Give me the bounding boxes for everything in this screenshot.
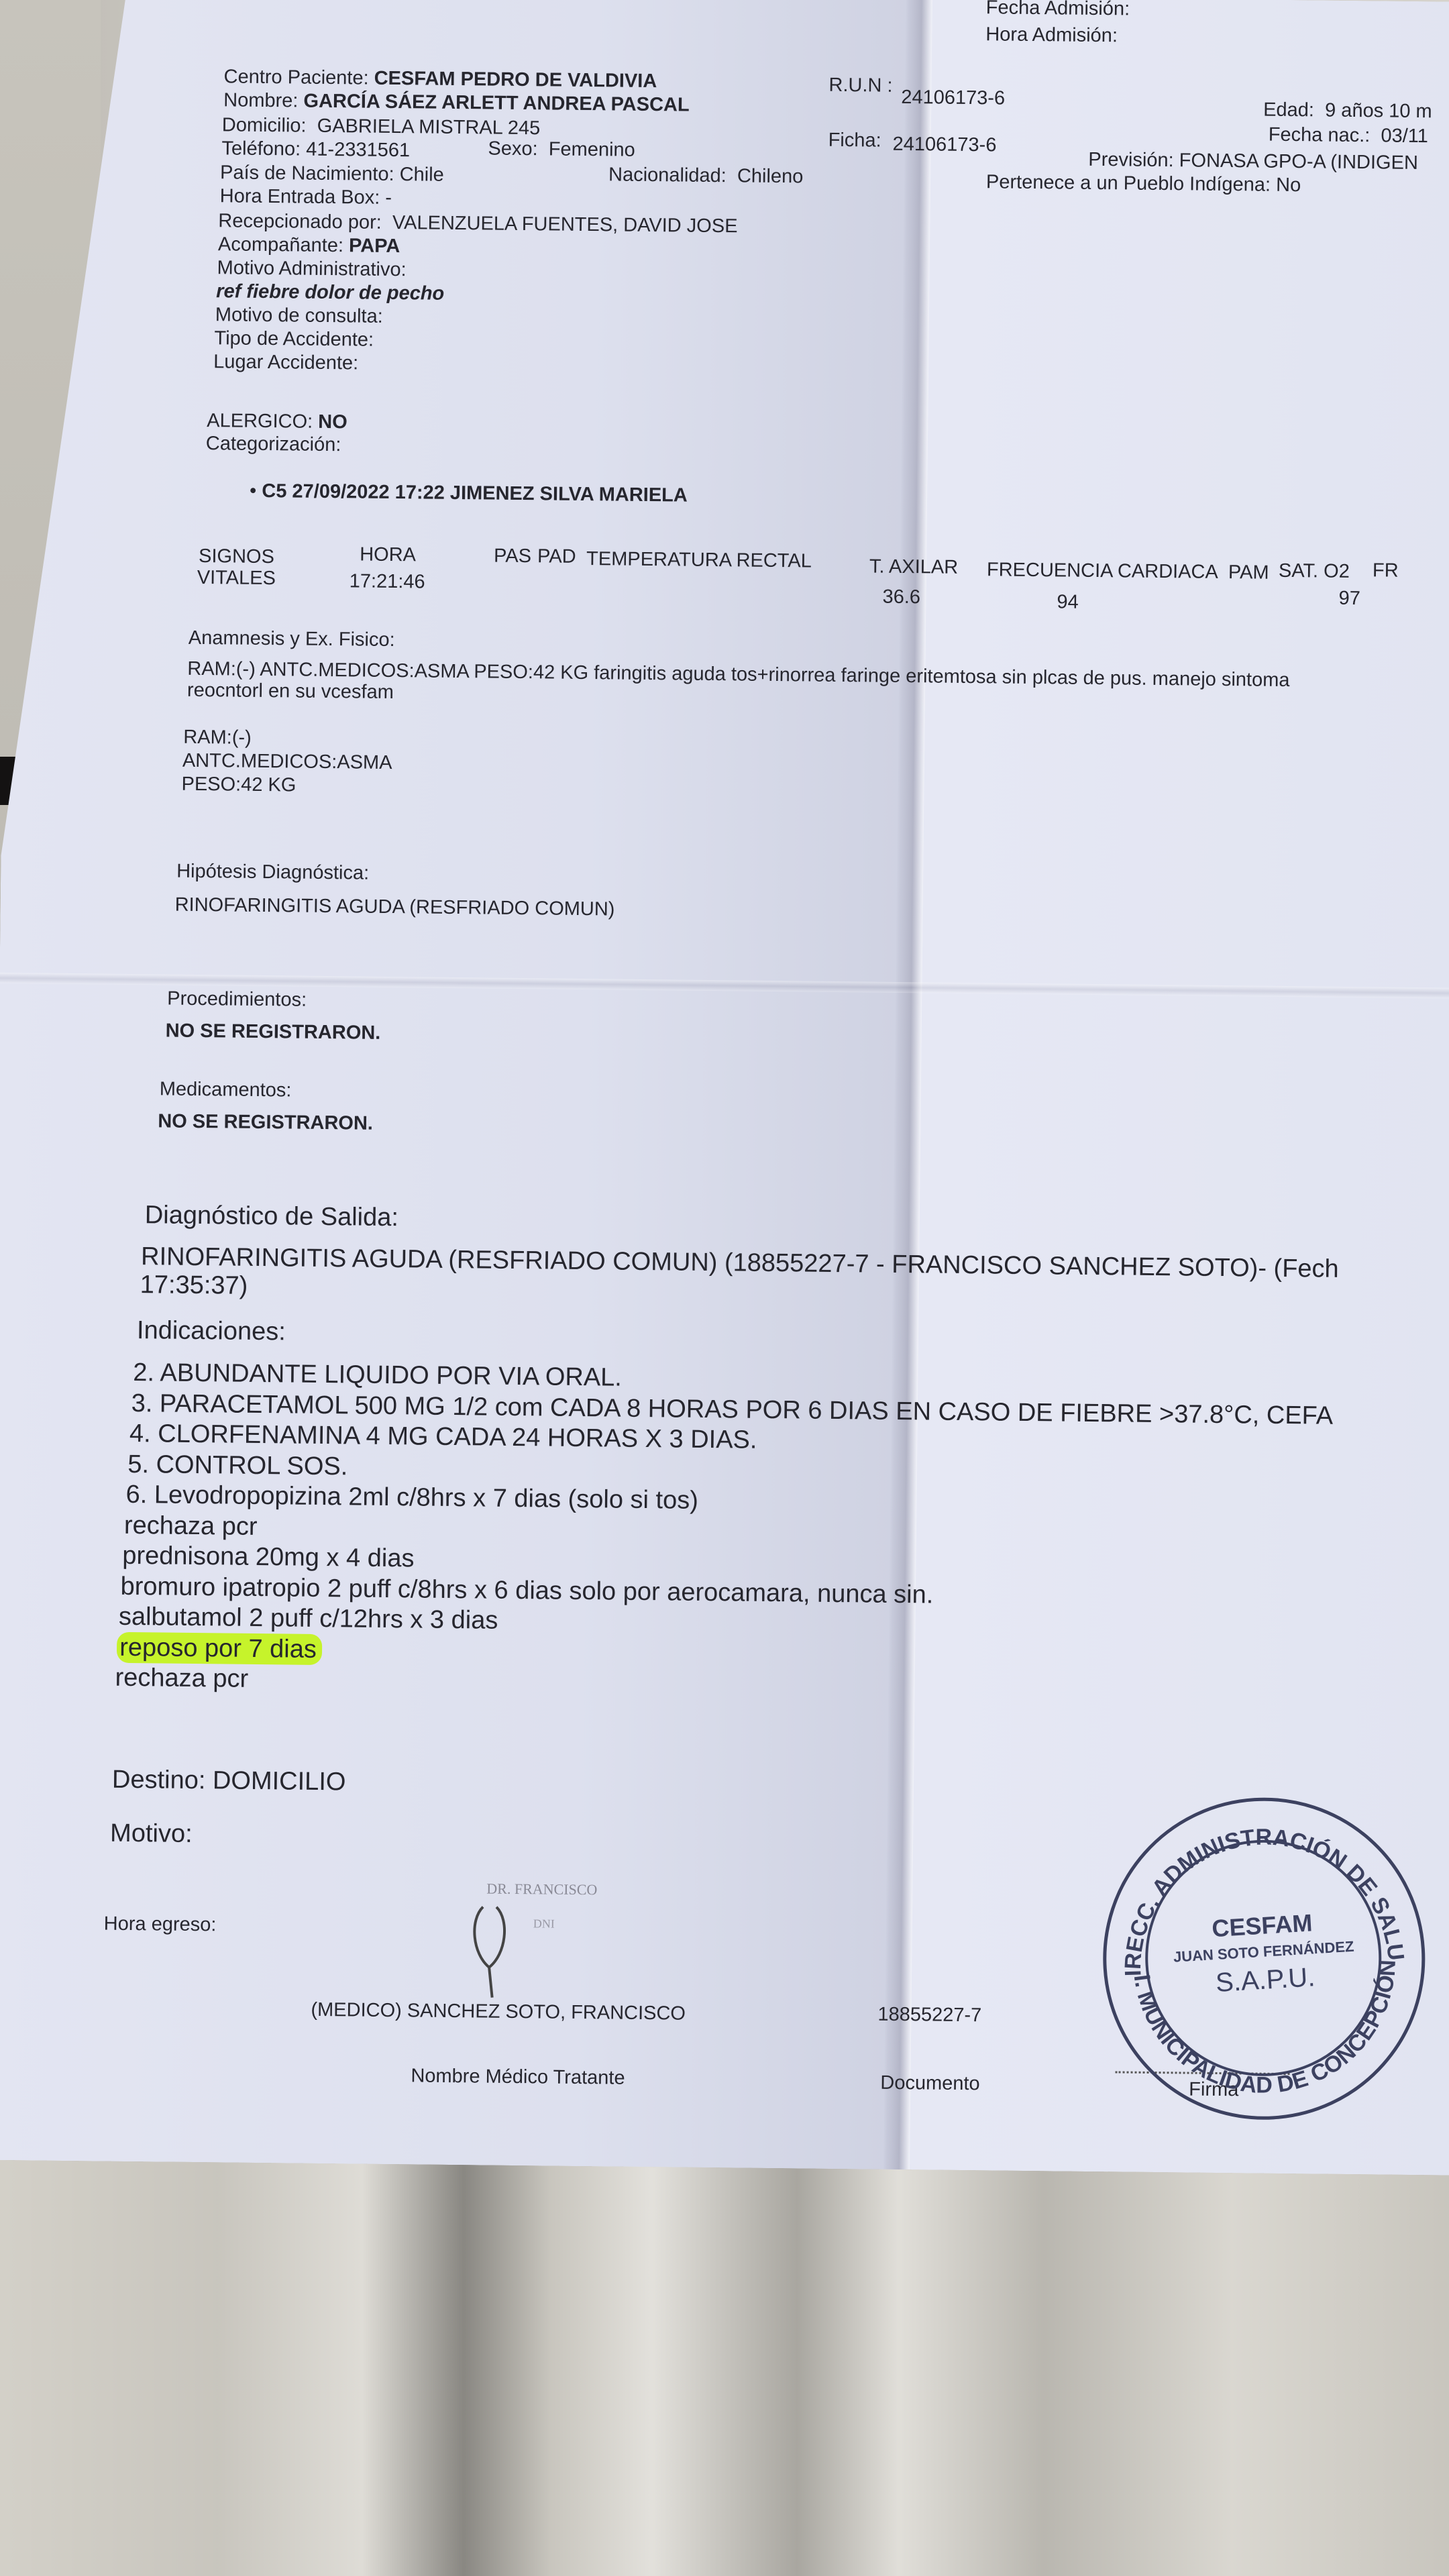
run-value: 24106173-6 [901,87,1005,110]
indicacion-item: 2. ABUNDANTE LIQUIDO POR VIA ORAL. [133,1358,622,1393]
vitals-header-frecuencia-cardiaca: FRECUENCIA CARDIACA [987,559,1218,584]
run-label: R.U.N : [828,74,892,97]
medico-tratante-name: (MEDICO) SANCHEZ SOTO, FRANCISCO [311,1999,686,2025]
vitals-header-fr: FR [1373,559,1399,582]
pueblo-indigena: Pertenece a un Pueblo Indígena: No [986,171,1301,197]
diagnostico-salida-line-1: RINOFARINGITIS AGUDA (RESFRIADO COMUN) (… [141,1242,1339,1284]
nombre-paciente: Nombre: GARCÍA SÁEZ ARLETT ANDREA PASCAL [223,89,690,117]
vitals-header-t-axilar: T. AXILAR [869,555,959,579]
vitals-header-pam: PAM [1228,561,1269,584]
vitals-sat-o2-value: 97 [1338,588,1360,610]
vitals-row-label-1: SIGNOS [199,545,274,569]
hipotesis-value: RINOFARINGITIS AGUDA (RESFRIADO COMUN) [174,894,614,921]
svg-text:DNI: DNI [533,1917,555,1930]
indicacion-item: prednisona 20mg x 4 dias [122,1542,415,1574]
vitals-header-temp-rectal: TEMPERATURA RECTAL [586,548,812,573]
hora-egreso-label: Hora egreso: [104,1913,217,1937]
diagnostico-salida-label: Diagnóstico de Salida: [145,1201,399,1233]
hipotesis-label: Hipótesis Diagnóstica: [176,861,369,885]
highlighted-text: reposo por 7 dias [117,1631,322,1664]
medicamentos-label: Medicamentos: [160,1078,292,1102]
antecedentes-medicos: ANTC.MEDICOS:ASMA [182,750,392,775]
procedimientos-value: NO SE REGISTRARON. [166,1020,381,1045]
ficha-label: Ficha: [828,129,881,152]
indicacion-item: reposo por 7 dias [117,1633,322,1664]
ficha-value: 24106173-6 [892,133,996,157]
medical-document-sheet: Fecha Admisión: Hora Admisión: Centro Pa… [0,0,1449,2176]
nombre-medico-caption: Nombre Médico Tratante [411,2065,625,2090]
centro-paciente: Centro Paciente: CESFAM PEDRO DE VALDIVI… [223,66,657,93]
diagnostico-salida-line-2: 17:35:37) [140,1271,248,1301]
official-stamp: DIRECC. ADMINISTRACIÓN DE SALUD I. MUNIC… [1094,1788,1435,2129]
motivo-consulta-label: Motivo de consulta: [215,304,383,328]
vitals-header-pas: PAS [494,545,531,568]
vitals-header-sat-o2: SAT. O2 [1279,560,1350,583]
tipo-accidente-label: Tipo de Accidente: [214,327,374,352]
indicaciones-label: Indicaciones: [137,1316,286,1347]
domicilio: Domicilio: GABRIELA MISTRAL 245 [222,114,541,140]
vitals-header-pad: PAD [537,545,576,568]
indicacion-item: rechaza pcr [124,1511,258,1542]
procedimientos-label: Procedimientos: [167,988,307,1012]
categorizacion-item: • C5 27/09/2022 17:22 JIMENEZ SILVA MARI… [250,480,688,507]
nacionalidad: Nacionalidad: Chileno [608,164,804,188]
ram: RAM:(-) [183,727,252,749]
indicacion-item: 4. CLORFENAMINA 4 MG CADA 24 HORAS X 3 D… [129,1419,757,1455]
indicaciones-list: 2. ABUNDANTE LIQUIDO POR VIA ORAL.3. PAR… [10,0,1449,2]
nombre-paciente-value: GARCÍA SÁEZ ARLETT ANDREA PASCAL [303,91,689,116]
hora-entrada-box: Hora Entrada Box: - [220,185,392,209]
motivo-administrativo-value: ref fiebre dolor de pecho [216,280,444,305]
medico-tratante-documento: 18855227-7 [877,2004,981,2027]
indicacion-item: rechaza pcr [115,1664,248,1695]
vitals-frecuencia-cardiaca-value: 94 [1057,591,1079,614]
destino: Destino: DOMICILIO [112,1766,346,1797]
categorizacion-label: Categorización: [206,433,341,456]
lugar-accidente-label: Lugar Accidente: [213,351,358,375]
fabric-background-bottom [0,2113,1449,2576]
peso: PESO:42 KG [181,773,296,797]
anamnesis-line-2: reocntorl en su vcesfam [187,680,394,704]
edad: Edad: 9 años 10 m [1263,99,1432,123]
anamnesis-label: Anamnesis y Ex. Fisico: [189,627,395,652]
acompanante: Acompañante: PAPA [218,233,400,258]
motivo-label: Motivo: [110,1819,193,1849]
prevision: Previsión: FONASA GPO-A (INDIGEN [1088,149,1418,174]
fecha-nacimiento: Fecha nac.: 03/11 [1269,124,1428,148]
sexo: Sexo: Femenino [488,138,635,162]
telefono: Teléfono: 41-2331561 [221,138,410,162]
medicamentos-value: NO SE REGISTRARON. [158,1110,373,1135]
centro-paciente-value: CESFAM PEDRO DE VALDIVIA [374,68,657,92]
indicacion-item: salbutamol 2 puff c/12hrs x 3 dias [119,1603,498,1636]
alergico: ALERGICO: NO [207,410,347,434]
svg-text:DR. FRANCISCO: DR. FRANCISCO [486,1880,597,1898]
fecha-admision-label: Fecha Admisión: [986,0,1130,21]
paper-fold-vertical [883,0,932,2169]
vitals-hora-value: 17:21:46 [350,570,425,594]
indicacion-item: 6. Levodropopizina 2ml c/8hrs x 7 dias (… [125,1481,698,1516]
vitals-header-hora: HORA [360,544,416,567]
pais-nacimiento: País de Nacimiento: Chile [220,162,444,186]
motivo-administrativo-label: Motivo Administrativo: [217,257,406,281]
documento-caption: Documento [880,2072,980,2096]
vitals-row-label-2: VITALES [197,567,276,590]
vitals-t-axilar-value: 36.6 [882,586,920,609]
indicacion-item: 5. CONTROL SOS. [127,1450,347,1481]
stethoscope-stamp-icon: DR. FRANCISCO DNI [458,1880,661,2016]
hora-admision-label: Hora Admisión: [985,23,1118,47]
